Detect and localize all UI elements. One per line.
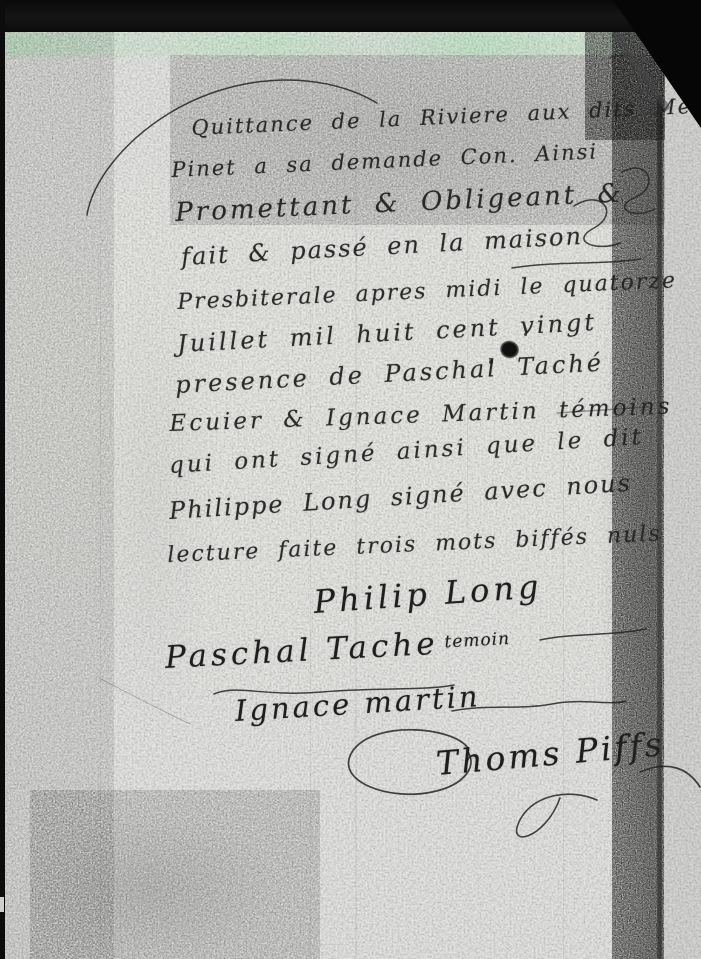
philip-long-underline bbox=[540, 629, 646, 640]
temoins-overline bbox=[557, 407, 648, 413]
obligeant-end-flourish bbox=[574, 200, 620, 247]
scanned-document-page: Quittance de la Riviere aux dits Mess Pi… bbox=[0, 0, 701, 959]
scan-border-top bbox=[0, 0, 701, 32]
paschal-underline-flourish bbox=[214, 685, 454, 694]
notary-end-stroke bbox=[640, 766, 700, 787]
ignace-right-squiggle bbox=[452, 701, 626, 711]
pen-flourish-strokes bbox=[0, 0, 701, 959]
ink-speck bbox=[524, 333, 527, 336]
notary-tail-loop bbox=[517, 794, 597, 837]
handwritten-text-layer: Quittance de la Riviere aux dits Mess Pi… bbox=[0, 0, 701, 959]
notary-oval-flourish bbox=[349, 730, 471, 795]
stray-scratch-mark bbox=[99, 678, 190, 724]
ink-speck bbox=[489, 360, 493, 364]
margin-bracket-flourish bbox=[87, 80, 377, 215]
maison-dash-flourish bbox=[512, 259, 641, 268]
scan-border-left bbox=[0, 0, 5, 959]
scan-border-notch bbox=[0, 897, 4, 912]
ainsi-end-flourish bbox=[622, 168, 655, 213]
